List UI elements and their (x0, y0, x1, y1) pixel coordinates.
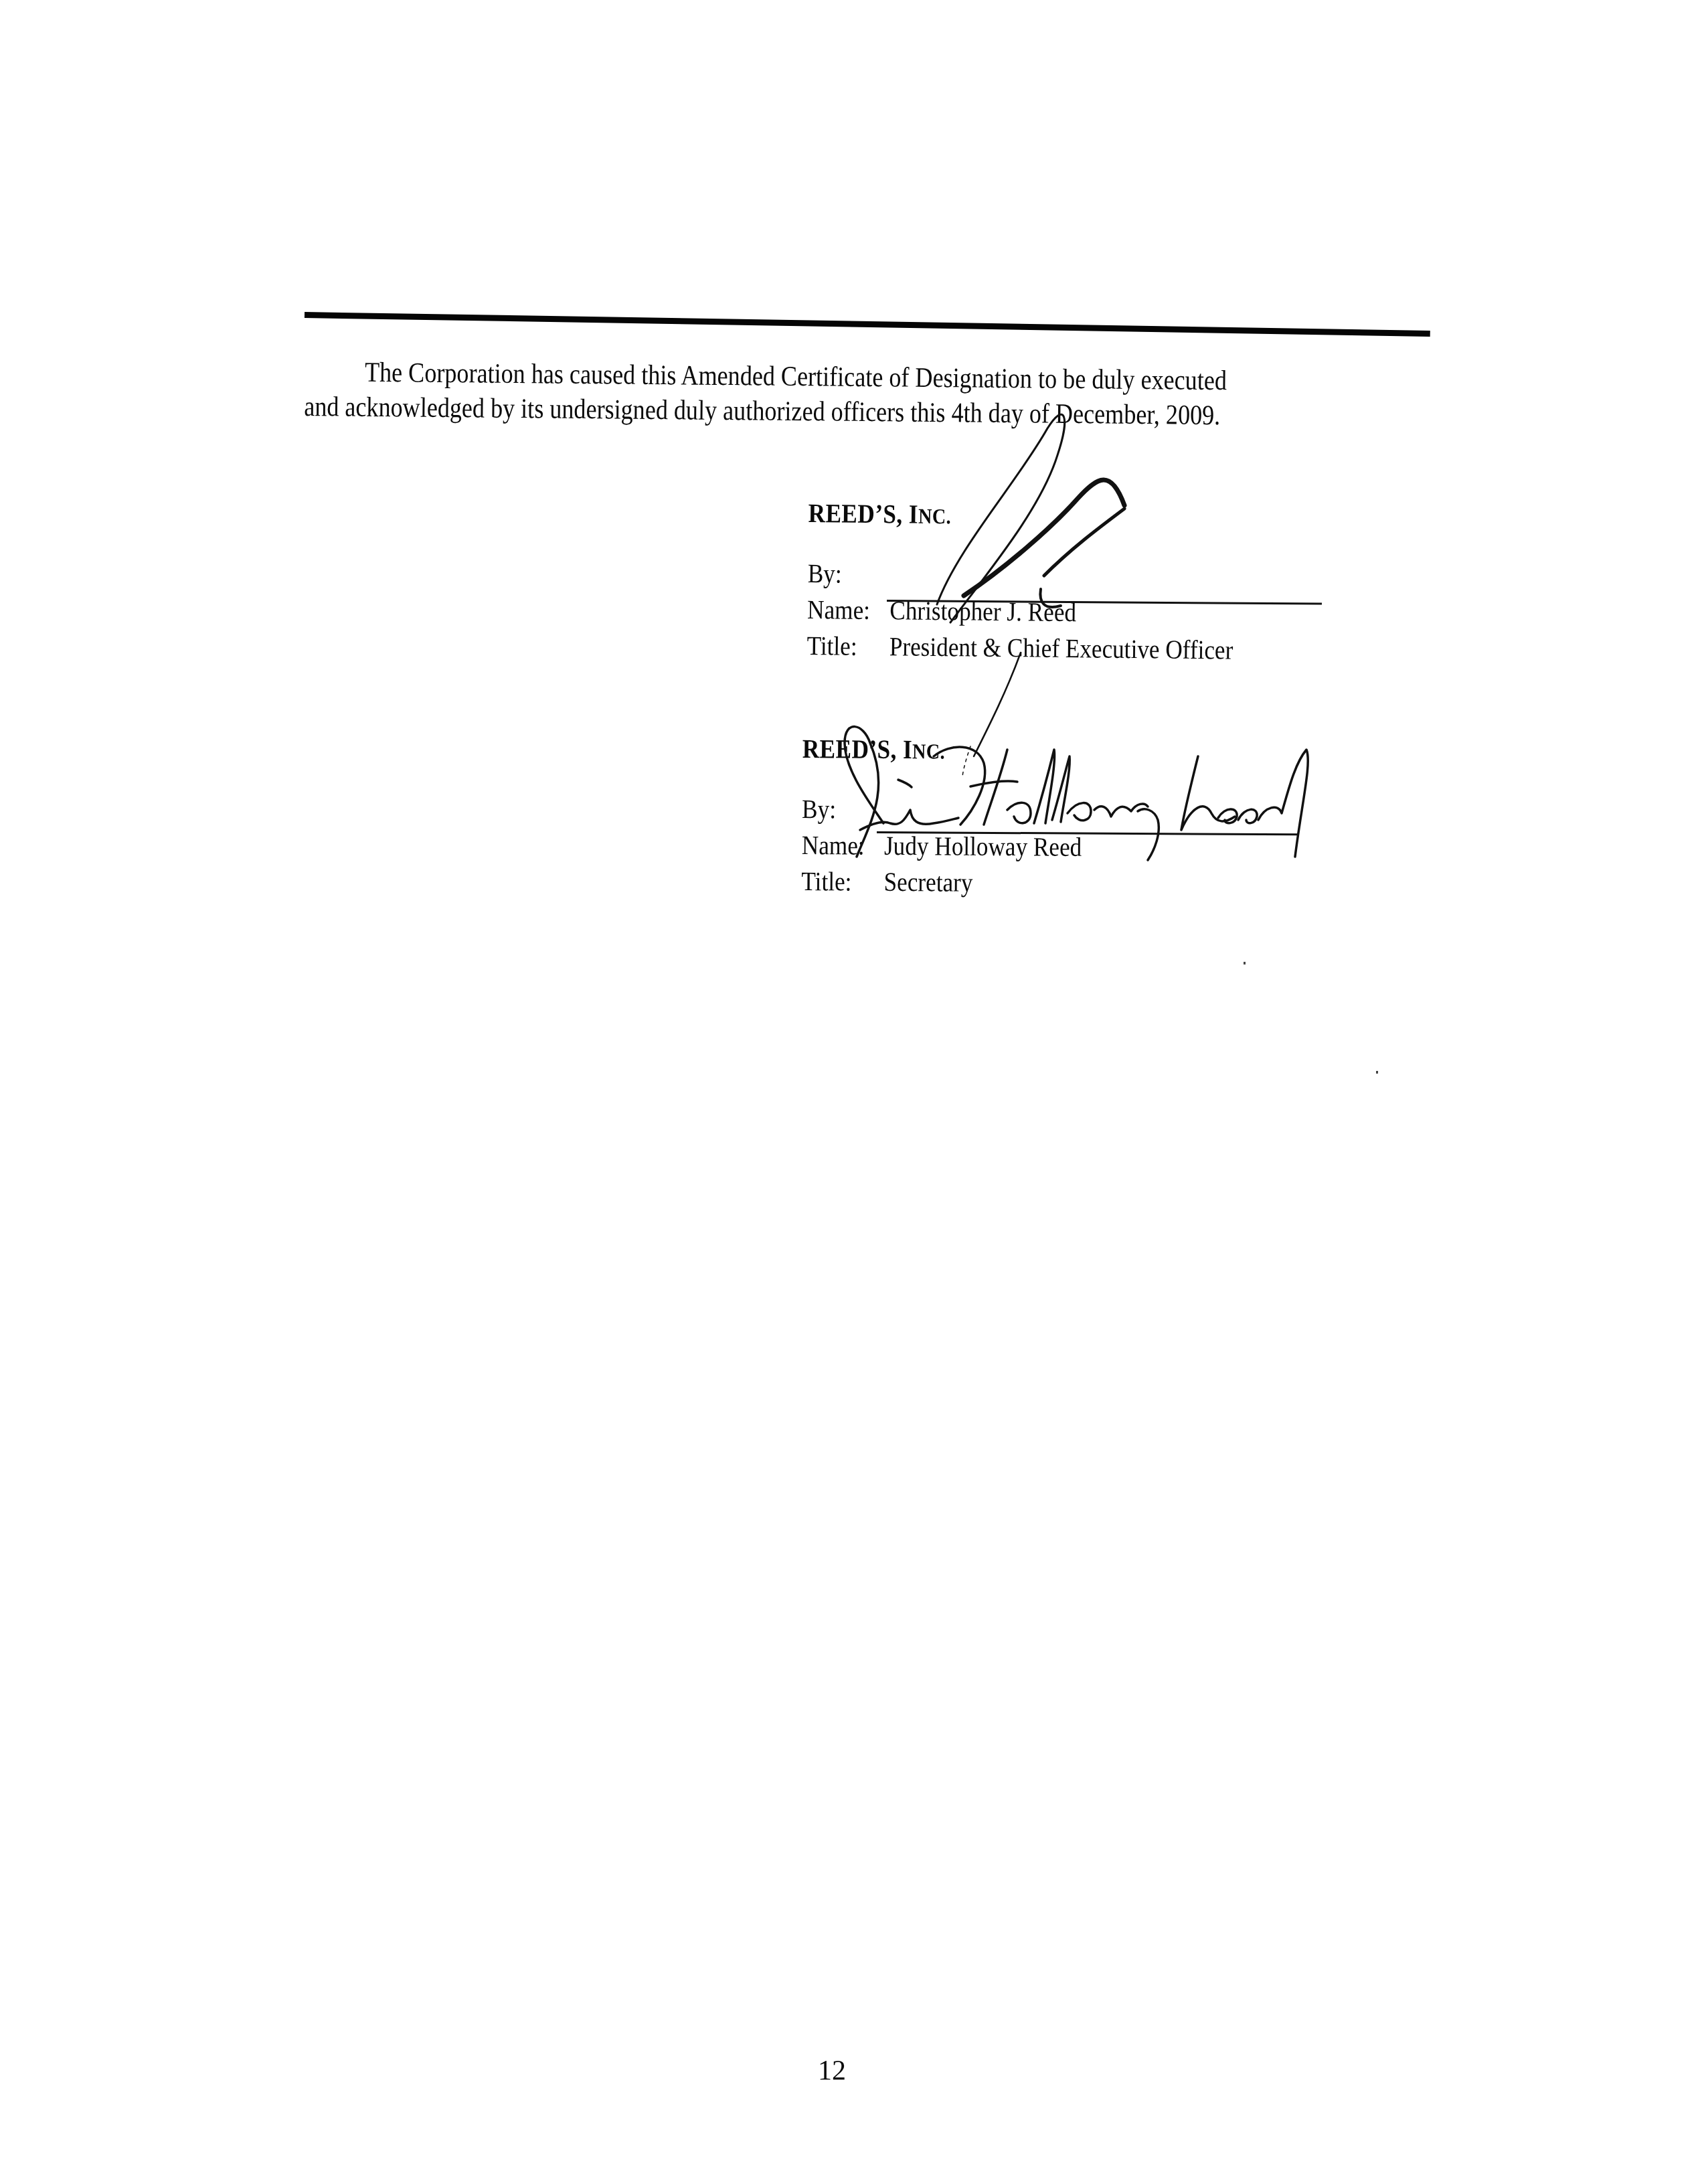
name-label: Name: (807, 592, 890, 628)
company-name: REED’S, INC. (808, 495, 1234, 537)
title-label: Title: (801, 863, 884, 900)
title-value: Secretary (883, 867, 972, 898)
by-row: By: (807, 556, 1233, 596)
title-row: Title:Secretary (801, 863, 1082, 902)
horizontal-rule (305, 312, 1430, 337)
scan-speck (1244, 962, 1246, 964)
title-label: Title: (806, 628, 889, 665)
title-value: President & Chief Executive Officer (889, 631, 1233, 665)
page-number: 12 (818, 2055, 846, 2087)
name-label: Name: (802, 827, 885, 864)
company-name: REED’S, INC. (802, 731, 1083, 770)
by-label: By: (802, 791, 885, 828)
handwritten-signatures (0, 0, 1704, 2184)
signature-block-ceo: REED’S, INC. By: Name:Christopher J. Ree… (806, 495, 1234, 669)
name-row: Name:Christopher J. Reed (807, 592, 1233, 633)
signature-block-secretary: REED’S, INC. By: Name:Judy Holloway Reed… (801, 731, 1082, 902)
company-name-smallcaps: NC. (918, 504, 951, 529)
company-name-smallcaps: NC. (912, 739, 945, 763)
document-page: The Corporation has caused this Amended … (0, 0, 1704, 2184)
company-name-main: REED’S, I (808, 498, 918, 529)
closing-paragraph: The Corporation has caused this Amended … (304, 355, 1254, 434)
scan-speck (1376, 1071, 1378, 1074)
by-label: By: (807, 556, 890, 592)
by-row: By: (802, 791, 1082, 829)
company-name-main: REED’S, I (802, 734, 913, 764)
title-row: Title:President & Chief Executive Office… (806, 628, 1233, 669)
name-value: Judy Holloway Reed (884, 831, 1082, 862)
